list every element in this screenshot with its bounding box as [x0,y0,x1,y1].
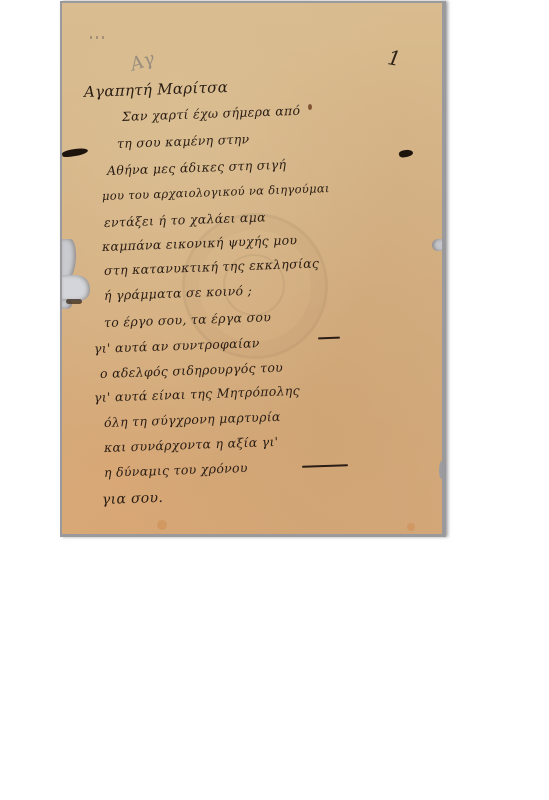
torn-edge-left [62,239,76,279]
letter-line: όλη τη σύγχρονη μαρτυρία [104,409,281,430]
paper-stain [407,523,415,531]
ink-blot [398,149,413,158]
letter-page: 1 Αγ Αγαπητή Μαρίτσα Σαν χαρτί έχω σήμερ… [62,3,442,534]
letter-line: γι' αυτά είναι της Μητρόπολης [94,383,300,405]
letter-salutation: Αγαπητή Μαρίτσα [84,78,229,101]
letter-line: Σαν χαρτί έχω σήμερα από [122,103,301,124]
pen-flourish [318,337,340,340]
letter-line: η δύναμις του χρόνου [104,460,248,480]
paper-stain [157,520,167,530]
letter-line: Αθήνα μες άδικες στη σιγή [107,157,287,178]
torn-edge-left-lower [62,275,90,301]
pen-flourish [302,464,348,468]
letter-line: ο αδελφός σιδηρουργός του [100,360,284,381]
torn-edge-shadow [66,299,82,304]
ink-specks [90,36,108,39]
ink-blot [62,147,88,158]
letter-closing-line: για σου. [102,490,164,508]
letter-line: τη σου καμένη στην [117,131,250,151]
torn-edge-right [432,239,442,251]
page-number-mark: 1 [386,45,403,71]
letter-line: και συνάρχοντα η αξία γι' [104,434,279,455]
letter-line: μου του αρχαιολογικού να διηγούμαι [102,181,330,203]
torn-edge-right-lower [439,461,442,479]
ink-dot [308,104,312,110]
pencil-annotation: Αγ [128,48,158,75]
